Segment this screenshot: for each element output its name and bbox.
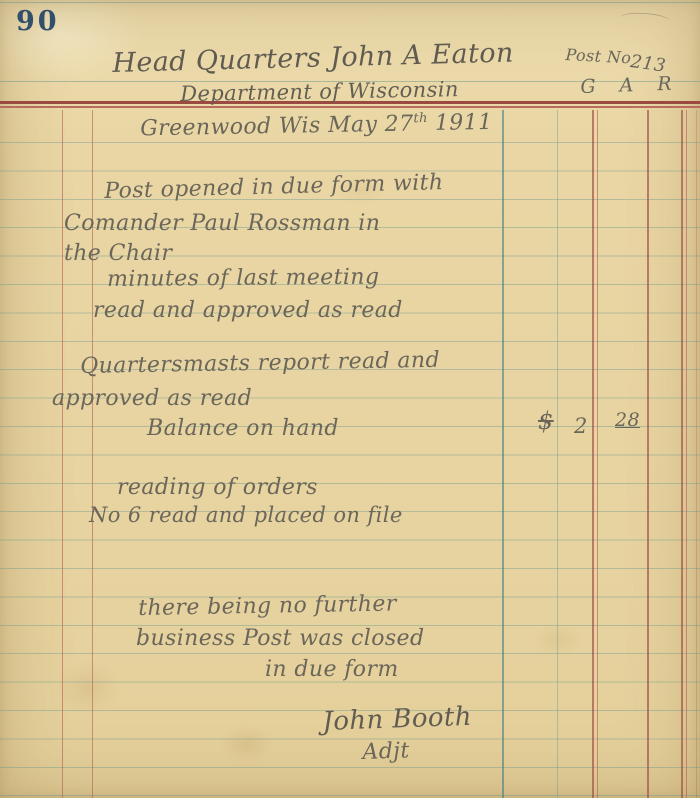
balance-cents: 28 — [615, 409, 640, 431]
signature: John Booth — [322, 702, 472, 737]
balance-label: Balance on hand — [147, 416, 339, 441]
dateline-ordinal: th — [413, 111, 428, 126]
minutes-line-closing-2: business Post was closed — [136, 626, 424, 651]
minutes-line-quartermaster-2: approved as read — [52, 386, 252, 411]
column-rule-red-edge — [696, 110, 697, 798]
column-rule-teal-1 — [502, 110, 504, 798]
column-rule-red-1a — [592, 110, 594, 798]
balance-dollars: 2 — [574, 414, 588, 438]
red-rule-horizontal-lower — [0, 106, 700, 108]
column-rule-red-2 — [647, 110, 649, 798]
minutes-line-lastmeeting-1: minutes of last meeting — [107, 265, 379, 292]
header-post-name: Head Quarters John A Eaton — [112, 37, 514, 78]
minutes-line-orders-1: reading of orders — [117, 475, 318, 500]
header-organization: G A R — [580, 72, 681, 97]
header-post-label: Post No — [565, 45, 632, 67]
minutes-line-lastmeeting-2: read and approved as read — [93, 298, 403, 323]
minutes-line-closing-1: there being no further — [138, 591, 397, 621]
ledger-page: 90 Head Quarters John A Eaton Post No 21… — [0, 0, 700, 798]
dateline-year: 1911 — [435, 110, 493, 136]
minutes-line-orders-2: No 6 read and placed on file — [89, 503, 403, 527]
dateline-text: Greenwood Wis May 27 — [140, 112, 414, 142]
minutes-line-opening-3: the Chair — [64, 241, 172, 266]
column-rule-red-3b — [686, 110, 687, 798]
minutes-line-opening-2: Comander Paul Rossman in — [64, 211, 380, 236]
column-rule-red-1b — [597, 110, 598, 798]
column-rule-red-3a — [681, 110, 683, 798]
ruled-line-top — [0, 2, 700, 3]
minutes-line-closing-3: in due form — [265, 657, 399, 682]
dateline: Greenwood Wis May 27th1911 — [140, 110, 493, 141]
column-rule-teal-2 — [557, 110, 558, 798]
margin-rule-left-1 — [62, 110, 63, 798]
signature-title: Adjt — [362, 738, 410, 765]
pencil-stray-mark — [620, 11, 671, 27]
header-department: Department of Wisconsin — [180, 77, 459, 106]
page-number: 90 — [16, 6, 60, 37]
balance-currency-symbol: $ — [538, 407, 554, 435]
